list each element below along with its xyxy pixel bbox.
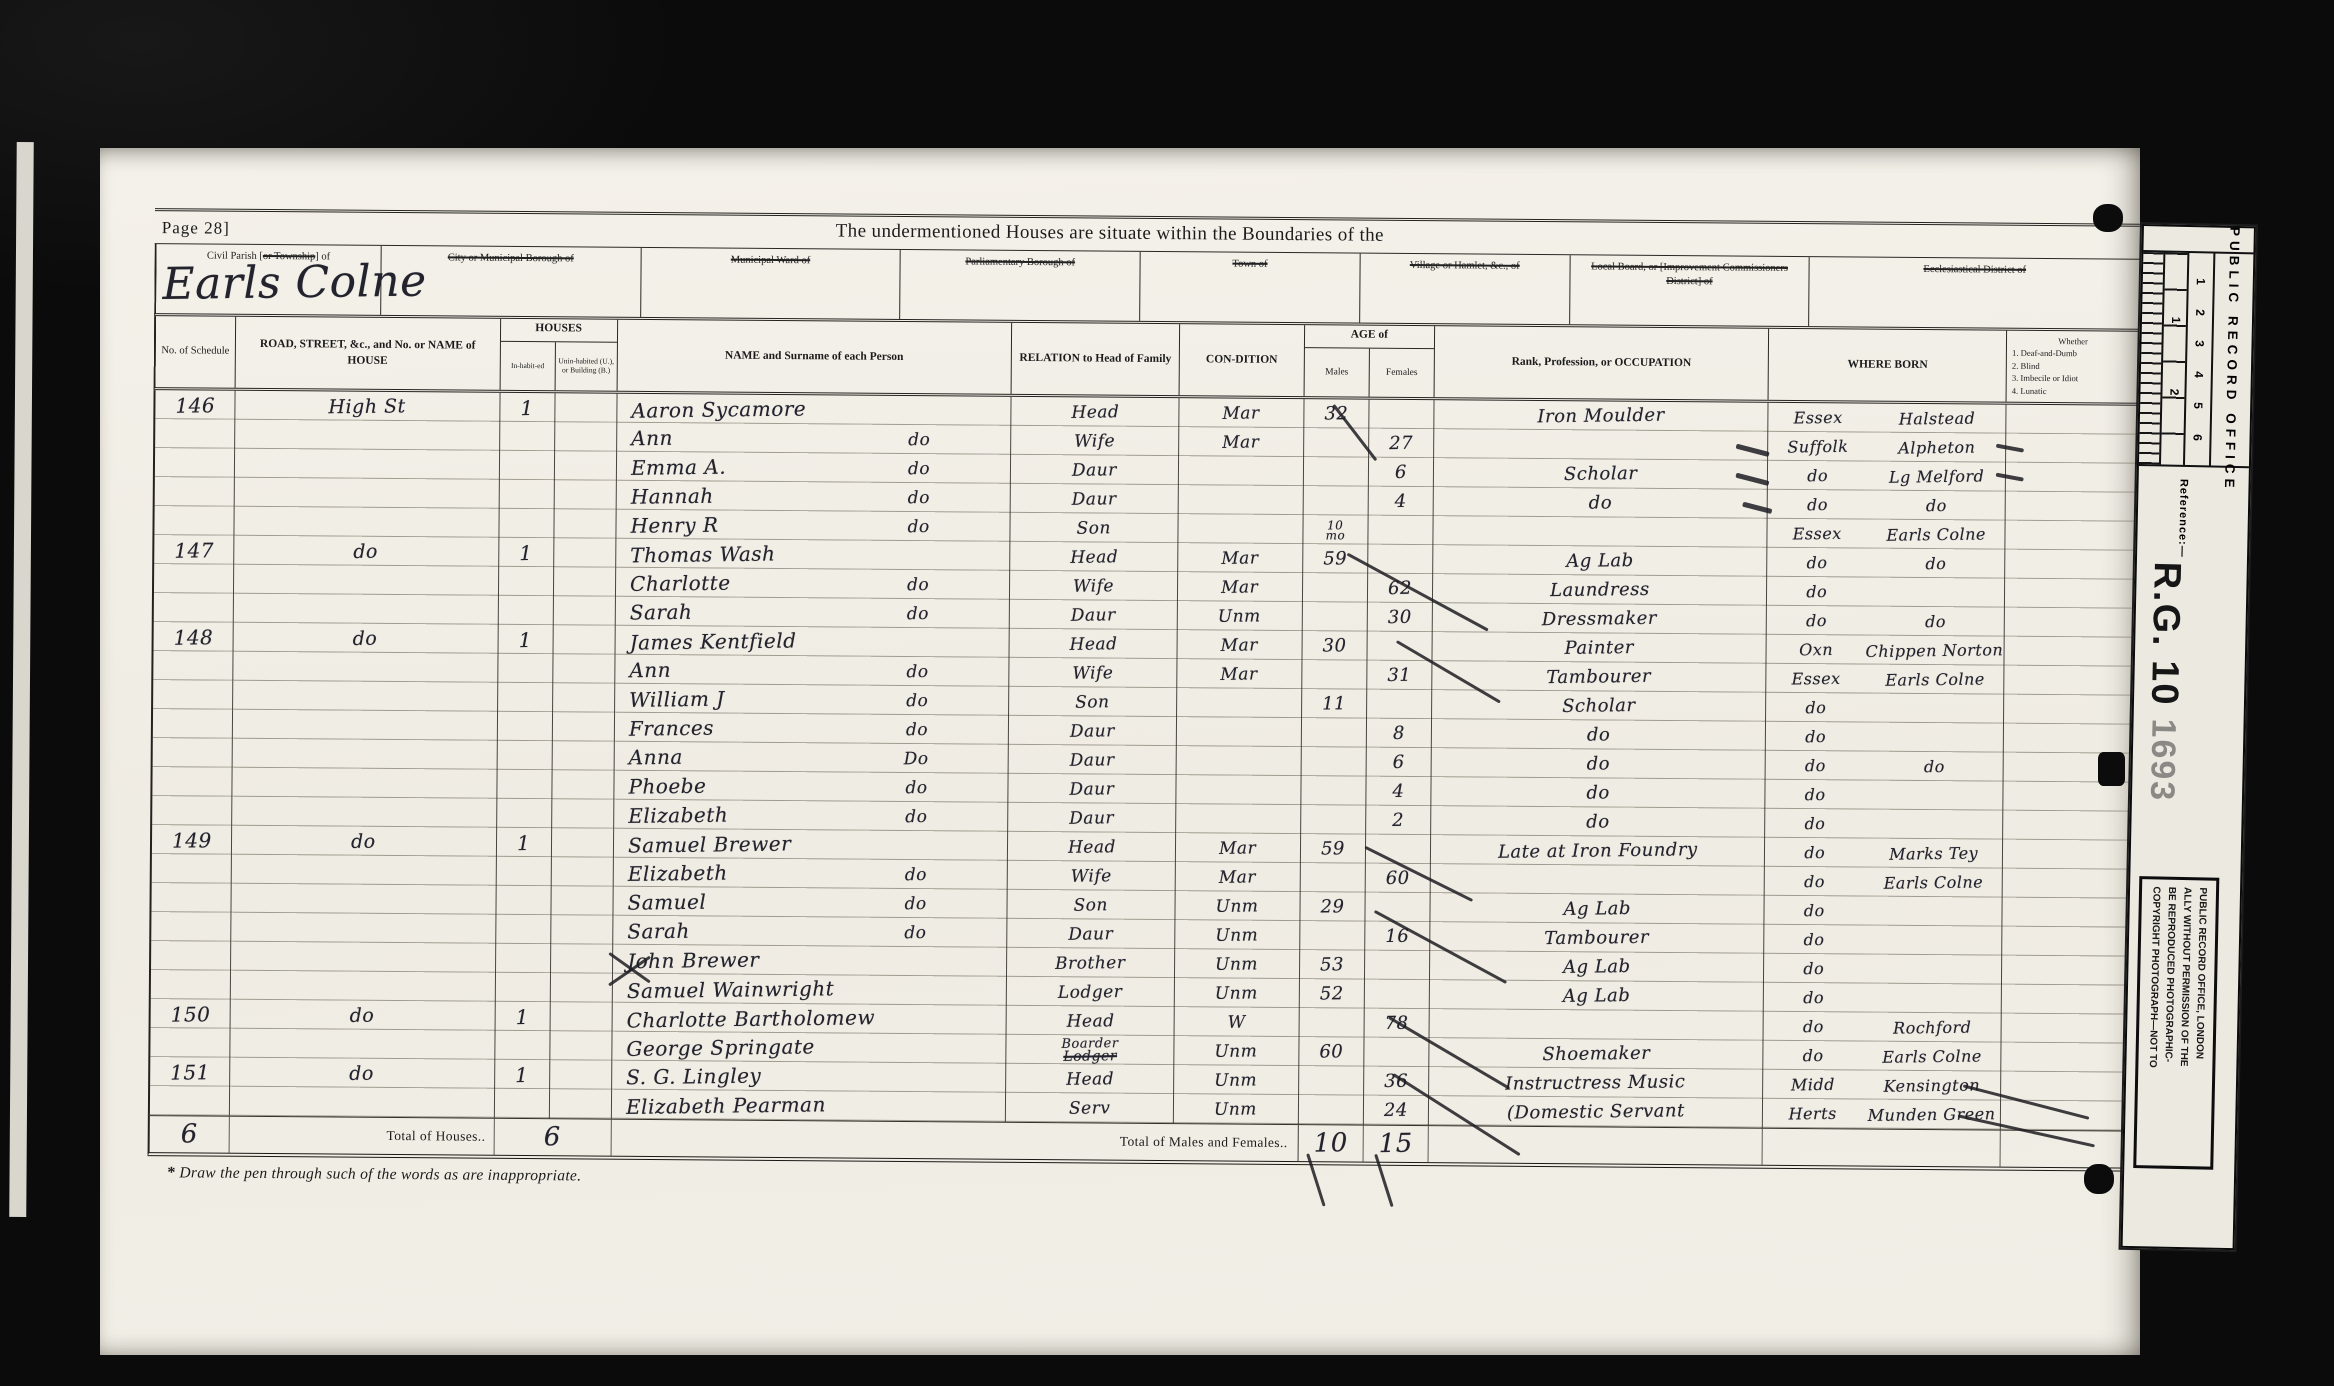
cell-disability bbox=[2005, 550, 2137, 580]
cell-age-female: 4 bbox=[1366, 777, 1431, 807]
cell-schedule bbox=[154, 564, 234, 594]
cell-disability bbox=[2005, 608, 2137, 638]
cell-uninhabited bbox=[552, 770, 614, 799]
cell-relation: Daur bbox=[1008, 774, 1176, 804]
cell-name: Anndo bbox=[617, 423, 1012, 455]
cell-born: do bbox=[1767, 577, 2005, 608]
name-given: Frances bbox=[628, 715, 713, 740]
cell-road: do bbox=[232, 826, 497, 857]
cell-road bbox=[233, 710, 498, 741]
cell-born: dodo bbox=[1766, 751, 2004, 782]
cell-name: Sarahdo bbox=[613, 916, 1008, 948]
cell-uninhabited bbox=[554, 567, 616, 596]
cell-relation: Head bbox=[1007, 1006, 1175, 1036]
reference-series: R.G. 10 bbox=[2143, 561, 2188, 707]
cell-schedule bbox=[151, 912, 231, 942]
cell-name: Francesdo bbox=[614, 713, 1009, 745]
cell-relation: Head bbox=[1011, 397, 1179, 427]
cell-occupation: do bbox=[1432, 719, 1767, 751]
pen-strokes-layer bbox=[100, 148, 2140, 164]
cell-condition: Mar bbox=[1176, 833, 1301, 863]
cell-age-male bbox=[1303, 602, 1368, 632]
locality-field: Parliamentary Borough of bbox=[900, 250, 1140, 321]
cell-name: John Brewer bbox=[613, 945, 1008, 977]
cell-age-female: 2 bbox=[1366, 806, 1431, 836]
cell-inhabited bbox=[495, 1031, 550, 1060]
cell-born: dodo bbox=[1768, 548, 2006, 579]
cell-occupation: Iron Moulder bbox=[1434, 400, 1769, 432]
cell-relation: Head bbox=[1010, 629, 1178, 659]
cell-occupation bbox=[1430, 864, 1765, 896]
cell-age-female: 27 bbox=[1369, 429, 1434, 459]
cell-name: Thomas Wash bbox=[616, 539, 1011, 571]
cell-relation: Wife bbox=[1008, 861, 1176, 891]
cell-age-female: 6 bbox=[1366, 748, 1431, 778]
cell-born: do bbox=[1764, 954, 2002, 985]
cell-name: George Springate bbox=[612, 1032, 1007, 1064]
cell-age-female bbox=[1366, 835, 1431, 865]
cell-inhabited bbox=[500, 451, 555, 480]
cell-name: Aaron Sycamore bbox=[617, 394, 1012, 426]
cell-road: do bbox=[233, 623, 498, 654]
name-given: Elizabeth bbox=[628, 802, 728, 827]
name-given: Charlotte bbox=[629, 570, 730, 595]
cell-condition: Unm bbox=[1178, 601, 1303, 631]
cell-disability bbox=[2006, 463, 2138, 493]
cell-name: Emma A.do bbox=[616, 452, 1011, 484]
cell-born: do bbox=[1766, 722, 2004, 753]
cell-age-male bbox=[1302, 660, 1367, 690]
cell-uninhabited bbox=[553, 596, 615, 625]
cell-relation: Wife bbox=[1010, 571, 1178, 601]
ink-blot bbox=[2098, 752, 2125, 786]
name-given: James Kentfield bbox=[629, 628, 796, 654]
cell-schedule: 147 bbox=[154, 535, 234, 565]
cell-relation: Brother bbox=[1007, 948, 1175, 978]
cell-occupation bbox=[1434, 429, 1769, 461]
cell-schedule bbox=[153, 651, 233, 681]
cell-inhabited bbox=[496, 857, 551, 886]
col-header-males: Males bbox=[1304, 348, 1369, 397]
cell-condition bbox=[1178, 514, 1303, 544]
footnote-asterisk: * bbox=[167, 1164, 175, 1181]
cell-road bbox=[230, 1029, 495, 1060]
cell-inhabited bbox=[496, 944, 551, 973]
cell-road bbox=[233, 739, 498, 770]
name-given: Samuel Wainwright bbox=[626, 976, 834, 1003]
cell-relation: Son bbox=[1011, 513, 1179, 543]
cell-disability bbox=[2003, 811, 2135, 841]
cell-disability bbox=[2005, 637, 2137, 667]
cell-condition: Mar bbox=[1178, 543, 1303, 573]
cell-relation: Head bbox=[1010, 542, 1178, 572]
cell-age-male bbox=[1303, 486, 1368, 516]
cell-disability bbox=[2002, 1014, 2134, 1044]
cell-born: do bbox=[1764, 983, 2002, 1014]
cell-name: Samuel Brewer bbox=[613, 829, 1008, 861]
cell-age-female bbox=[1367, 690, 1432, 720]
cell-condition: Mar bbox=[1178, 572, 1303, 602]
page-number: Page 28] bbox=[162, 218, 230, 239]
cell-condition bbox=[1177, 688, 1302, 718]
cell-age-male: 11 bbox=[1302, 689, 1367, 719]
name-given: Elizabeth bbox=[627, 860, 727, 885]
cell-occupation: Ag Lab bbox=[1429, 980, 1764, 1012]
ruler-number: 1 bbox=[2169, 316, 2183, 323]
cell-road bbox=[232, 768, 497, 799]
cell-condition: Mar bbox=[1179, 427, 1304, 457]
cell-disability bbox=[2003, 869, 2135, 899]
cell-road bbox=[232, 797, 497, 828]
cell-age-male: 59 bbox=[1301, 834, 1366, 864]
name-given: S. G. Lingley bbox=[626, 1063, 761, 1089]
cell-disability bbox=[2003, 840, 2135, 870]
cell-born: do bbox=[1765, 896, 2003, 927]
reference-number: R.G. 10 1693 bbox=[2140, 561, 2188, 803]
cell-name: Samuel Wainwright bbox=[612, 974, 1007, 1006]
census-sheet: Page 28] The undermentioned Houses are s… bbox=[100, 148, 2140, 1355]
cell-uninhabited bbox=[550, 1031, 612, 1060]
cell-condition bbox=[1179, 485, 1304, 515]
cell-schedule bbox=[152, 767, 232, 797]
cell-name: Samueldo bbox=[613, 887, 1008, 919]
cell-relation: Head bbox=[1006, 1064, 1174, 1094]
cell-age-female: 78 bbox=[1364, 1009, 1429, 1039]
name-ditto: do bbox=[905, 893, 927, 913]
cell-relation: Head bbox=[1008, 832, 1176, 862]
locality-field: Ecclesiastical District of bbox=[1809, 257, 2139, 329]
cell-born: doEarls Colne bbox=[1765, 867, 2003, 898]
cell-disability bbox=[2006, 521, 2138, 551]
cell-condition bbox=[1177, 746, 1302, 776]
cell-age-male: 59 bbox=[1303, 544, 1368, 574]
locality-field: Civil Parish [or Township] ofEarls Colne bbox=[156, 244, 381, 315]
cell-name: James Kentfield bbox=[615, 626, 1010, 658]
name-given: Charlotte Bartholomew bbox=[626, 1005, 875, 1032]
cell-disability bbox=[2001, 1072, 2133, 1102]
cell-born: dodo bbox=[1768, 490, 2006, 521]
cell-age-male bbox=[1302, 718, 1367, 748]
cell-age-male: 30 bbox=[1302, 631, 1367, 661]
col-header-females: Females bbox=[1369, 349, 1434, 398]
name-ditto: do bbox=[907, 603, 929, 623]
cell-condition bbox=[1179, 456, 1304, 486]
cell-inhabited bbox=[497, 741, 552, 770]
ruler-inch-ticks: 1 2 bbox=[2161, 252, 2189, 464]
col-header-condition: CON-DITION bbox=[1179, 324, 1304, 396]
cell-road bbox=[234, 565, 499, 596]
name-given: John Brewer bbox=[626, 947, 759, 973]
name-ditto: do bbox=[907, 574, 929, 594]
name-given: Ann bbox=[631, 425, 673, 450]
locality-label: Ecclesiastical District of bbox=[1810, 257, 2140, 278]
cell-disability bbox=[2003, 898, 2135, 928]
cell-relation: Serv bbox=[1006, 1093, 1174, 1123]
cell-relation: Son bbox=[1009, 687, 1177, 717]
cell-occupation: do bbox=[1431, 777, 1766, 809]
cell-condition: Unm bbox=[1175, 949, 1300, 979]
cell-name: Elizabethdo bbox=[614, 800, 1009, 832]
schedule-total-cell: 6 bbox=[150, 1116, 230, 1153]
cell-inhabited bbox=[499, 509, 554, 538]
cell-born: do bbox=[1765, 925, 2003, 956]
cell-uninhabited bbox=[552, 799, 614, 828]
cell-occupation: Late at Iron Foundry bbox=[1431, 835, 1766, 867]
cell-relation: Wife bbox=[1009, 658, 1177, 688]
cell-road bbox=[233, 652, 498, 683]
cell-uninhabited bbox=[553, 625, 615, 654]
col-header-road: ROAD, STREET, &c., and No. or NAME of HO… bbox=[235, 317, 500, 390]
locality-field: Municipal Ward of bbox=[641, 248, 901, 319]
cell-name: Elizabethdo bbox=[613, 858, 1008, 890]
ruler: 1 2 1 2 3 4 5 6 PUBLIC RECORD OFFICE bbox=[2139, 250, 2253, 468]
name-ditto: do bbox=[905, 922, 927, 942]
cell-road bbox=[231, 913, 496, 944]
cell-disability bbox=[2002, 927, 2134, 957]
cell-age-male bbox=[1301, 805, 1366, 835]
cell-uninhabited bbox=[551, 915, 613, 944]
name-given: Phoebe bbox=[628, 773, 706, 798]
cell-born: doMarks Tey bbox=[1765, 838, 2003, 869]
cell-age-male: 52 bbox=[1300, 979, 1365, 1009]
cell-inhabited bbox=[495, 973, 550, 1002]
cell-name: Hannahdo bbox=[616, 481, 1011, 513]
cell-inhabited bbox=[498, 683, 553, 712]
cell-age-female bbox=[1365, 951, 1430, 981]
cell-schedule bbox=[150, 1086, 230, 1116]
cell-occupation: Painter bbox=[1432, 632, 1767, 664]
cell-disability bbox=[2002, 985, 2134, 1015]
cell-schedule bbox=[155, 419, 235, 449]
table-body: 146High St1Aaron SycamoreHeadMar32Iron M… bbox=[148, 390, 2139, 1131]
cell-age-female: 31 bbox=[1367, 661, 1432, 691]
cell-road bbox=[235, 478, 500, 509]
cell-born: do bbox=[1765, 809, 2003, 840]
cell-age-male bbox=[1303, 573, 1368, 603]
cell-relation: Daur bbox=[1008, 803, 1176, 833]
cell-condition: Mar bbox=[1177, 659, 1302, 689]
cell-uninhabited bbox=[552, 741, 614, 770]
cell-schedule bbox=[153, 738, 233, 768]
males-total: 10 bbox=[1313, 1128, 1347, 1158]
name-given: Hannah bbox=[630, 483, 713, 508]
cell-occupation: Ag Lab bbox=[1430, 893, 1765, 925]
cell-occupation: Ag Lab bbox=[1430, 951, 1765, 983]
cell-age-male bbox=[1300, 921, 1365, 951]
cell-schedule: 149 bbox=[152, 825, 232, 855]
reference-label: Reference:— bbox=[2145, 478, 2190, 558]
cell-road bbox=[232, 855, 497, 886]
cell-inhabited bbox=[497, 770, 552, 799]
cell-condition: Mar bbox=[1176, 862, 1301, 892]
cell-born: do bbox=[1766, 693, 2004, 724]
cell-age-female bbox=[1369, 400, 1434, 430]
ruler-number: 6 bbox=[2190, 434, 2204, 441]
name-ditto: do bbox=[908, 516, 930, 536]
cell-uninhabited bbox=[554, 480, 616, 509]
cell-age-female: 6 bbox=[1369, 458, 1434, 488]
col-header-age: AGE of Males Females bbox=[1304, 325, 1435, 397]
name-given: Aaron Sycamore bbox=[631, 396, 806, 422]
cell-name: Elizabeth Pearman bbox=[611, 1090, 1006, 1122]
cell-born: dodo bbox=[1767, 606, 2005, 637]
cell-uninhabited bbox=[554, 451, 616, 480]
cell-condition: Unm bbox=[1175, 891, 1300, 921]
males-total-cell: 10 bbox=[1298, 1125, 1363, 1162]
cell-occupation: do bbox=[1431, 748, 1766, 780]
cell-age-female: 4 bbox=[1368, 487, 1433, 517]
cell-relation: Daur bbox=[1011, 484, 1179, 514]
cell-condition: Unm bbox=[1175, 978, 1300, 1008]
cell-uninhabited bbox=[554, 509, 616, 538]
cell-born: doRochford bbox=[1764, 1012, 2002, 1043]
cell-occupation: Shoemaker bbox=[1429, 1038, 1764, 1070]
cell-name: Henry Rdo bbox=[616, 510, 1011, 542]
cell-name: AnnaDo bbox=[614, 742, 1009, 774]
cell-age-male: 32 bbox=[1304, 399, 1369, 429]
cell-disability bbox=[2003, 782, 2135, 812]
cell-age-female: 24 bbox=[1364, 1096, 1429, 1126]
cell-condition bbox=[1177, 717, 1302, 747]
cell-age-male bbox=[1301, 747, 1366, 777]
cell-uninhabited bbox=[554, 538, 616, 567]
name-given: Henry R bbox=[630, 512, 718, 537]
cell-uninhabited bbox=[550, 1002, 612, 1031]
cell-name: Anndo bbox=[615, 655, 1010, 687]
cell-road bbox=[231, 942, 496, 973]
name-ditto: do bbox=[905, 806, 927, 826]
cell-condition: Unm bbox=[1174, 1036, 1299, 1066]
total-houses-label: Total of Houses.. bbox=[230, 1117, 495, 1155]
locality-field: Village or Hamlet, &c., of bbox=[1360, 254, 1570, 325]
schedule-total: 6 bbox=[180, 1119, 197, 1149]
cell-born: do bbox=[1766, 780, 2004, 811]
cell-schedule bbox=[151, 883, 231, 913]
cell-road: do bbox=[230, 1058, 495, 1089]
cell-schedule bbox=[153, 709, 233, 739]
pro-office-title: PUBLIC RECORD OFFICE bbox=[2211, 254, 2253, 467]
cell-age-male: 53 bbox=[1300, 950, 1365, 980]
cell-disability bbox=[2002, 956, 2134, 986]
cell-age-male bbox=[1299, 1008, 1364, 1038]
col-header-houses: HOUSES In-habit-ed Unin-habited (U.), or… bbox=[500, 319, 618, 391]
cell-schedule bbox=[152, 796, 232, 826]
cell-age-male: 29 bbox=[1300, 892, 1365, 922]
cell-road: High St bbox=[235, 391, 500, 422]
cell-relation: Lodger bbox=[1007, 977, 1175, 1007]
reference-piece: 1693 bbox=[2143, 719, 2183, 803]
cell-born: doEarls Colne bbox=[1764, 1041, 2002, 1072]
cell-inhabited bbox=[498, 654, 553, 683]
name-ditto: do bbox=[906, 719, 928, 739]
cell-road bbox=[234, 594, 499, 625]
cell-uninhabited bbox=[553, 654, 615, 683]
cell-schedule bbox=[151, 970, 231, 1000]
cell-road bbox=[235, 449, 500, 480]
cell-condition: Unm bbox=[1174, 1094, 1299, 1124]
cell-condition bbox=[1176, 775, 1301, 805]
ink-blot bbox=[2093, 204, 2123, 232]
col-header-inhabited: In-habit-ed bbox=[500, 342, 555, 390]
name-given: Sarah bbox=[627, 918, 690, 943]
name-given: Elizabeth Pearman bbox=[625, 1092, 825, 1119]
locality-label: Town of bbox=[1141, 252, 1360, 272]
cell-age-female bbox=[1365, 893, 1430, 923]
cell-road: do bbox=[230, 1000, 495, 1031]
cell-relation: Daur bbox=[1007, 919, 1175, 949]
cell-schedule bbox=[153, 680, 233, 710]
cell-occupation: Scholar bbox=[1434, 458, 1769, 490]
cell-uninhabited bbox=[552, 712, 614, 741]
cell-uninhabited bbox=[552, 828, 614, 857]
cell-occupation: Instructress Music bbox=[1429, 1067, 1764, 1099]
houses-total-cell: 6 bbox=[494, 1119, 611, 1156]
cell-uninhabited bbox=[555, 422, 617, 451]
cell-age-male: 10 mo bbox=[1303, 515, 1368, 545]
col-header-relation: RELATION to Head of Family bbox=[1012, 323, 1180, 395]
col-header-occupation: Rank, Profession, or OCCUPATION bbox=[1434, 326, 1769, 400]
ruler-number: 4 bbox=[2192, 371, 2206, 378]
cell-name: William Jdo bbox=[615, 684, 1010, 716]
name-given: Samuel bbox=[627, 889, 706, 914]
cell-relation: Daur bbox=[1009, 716, 1177, 746]
cell-schedule bbox=[154, 506, 234, 536]
cell-inhabited bbox=[495, 1089, 550, 1118]
cell-uninhabited bbox=[551, 886, 613, 915]
name-given: William J bbox=[629, 686, 725, 711]
cell-name: Charlotte Bartholomew bbox=[612, 1003, 1007, 1035]
cell-road bbox=[234, 507, 499, 538]
ink-blot bbox=[2084, 1164, 2114, 1194]
locality-label: Municipal Ward of bbox=[641, 248, 900, 269]
cell-age-female: 8 bbox=[1367, 719, 1432, 749]
col-header-born: WHERE BORN bbox=[1769, 329, 2007, 402]
name-given: Anna bbox=[628, 744, 682, 769]
cell-age-male bbox=[1299, 1066, 1364, 1096]
cell-age-male bbox=[1304, 428, 1369, 458]
cell-schedule bbox=[155, 448, 235, 478]
copyright-stamp: COPYRIGHT PHOTOGRAPH—NOT TO BE REPRODUCE… bbox=[2133, 876, 2219, 1170]
cell-condition: Unm bbox=[1174, 1065, 1299, 1095]
cell-born: EssexEarls Colne bbox=[1767, 664, 2005, 695]
cell-occupation: do bbox=[1431, 806, 1766, 838]
cell-age-female bbox=[1365, 980, 1430, 1010]
cell-relation: Daur bbox=[1011, 455, 1179, 485]
name-given: Ann bbox=[629, 657, 671, 682]
cell-disability bbox=[2001, 1043, 2133, 1073]
cell-name: Charlottedo bbox=[615, 568, 1010, 600]
cell-inhabited bbox=[496, 915, 551, 944]
cell-age-male bbox=[1301, 863, 1366, 893]
cell-age-female: 16 bbox=[1365, 922, 1430, 952]
cell-occupation: (Domestic Servant bbox=[1429, 1096, 1764, 1128]
cell-condition: Mar bbox=[1179, 398, 1304, 428]
cell-inhabited bbox=[499, 480, 554, 509]
cell-inhabited: 1 bbox=[498, 625, 553, 654]
cell-condition: W bbox=[1174, 1007, 1299, 1037]
cell-schedule: 146 bbox=[155, 390, 235, 420]
name-ditto: do bbox=[908, 429, 930, 449]
cell-occupation bbox=[1433, 516, 1768, 548]
cell-disability bbox=[2001, 1101, 2133, 1131]
cell-disability bbox=[2004, 666, 2136, 696]
footnote: * Draw the pen through such of the words… bbox=[167, 1164, 581, 1185]
cell-occupation: Dressmaker bbox=[1432, 603, 1767, 635]
name-given: Emma A. bbox=[630, 454, 725, 479]
cell-occupation: Scholar bbox=[1432, 690, 1767, 722]
cell-inhabited bbox=[499, 567, 554, 596]
col-header-disability: Whether 1. Deaf-and-Dumb 2. Blind 3. Imb… bbox=[2007, 331, 2139, 403]
